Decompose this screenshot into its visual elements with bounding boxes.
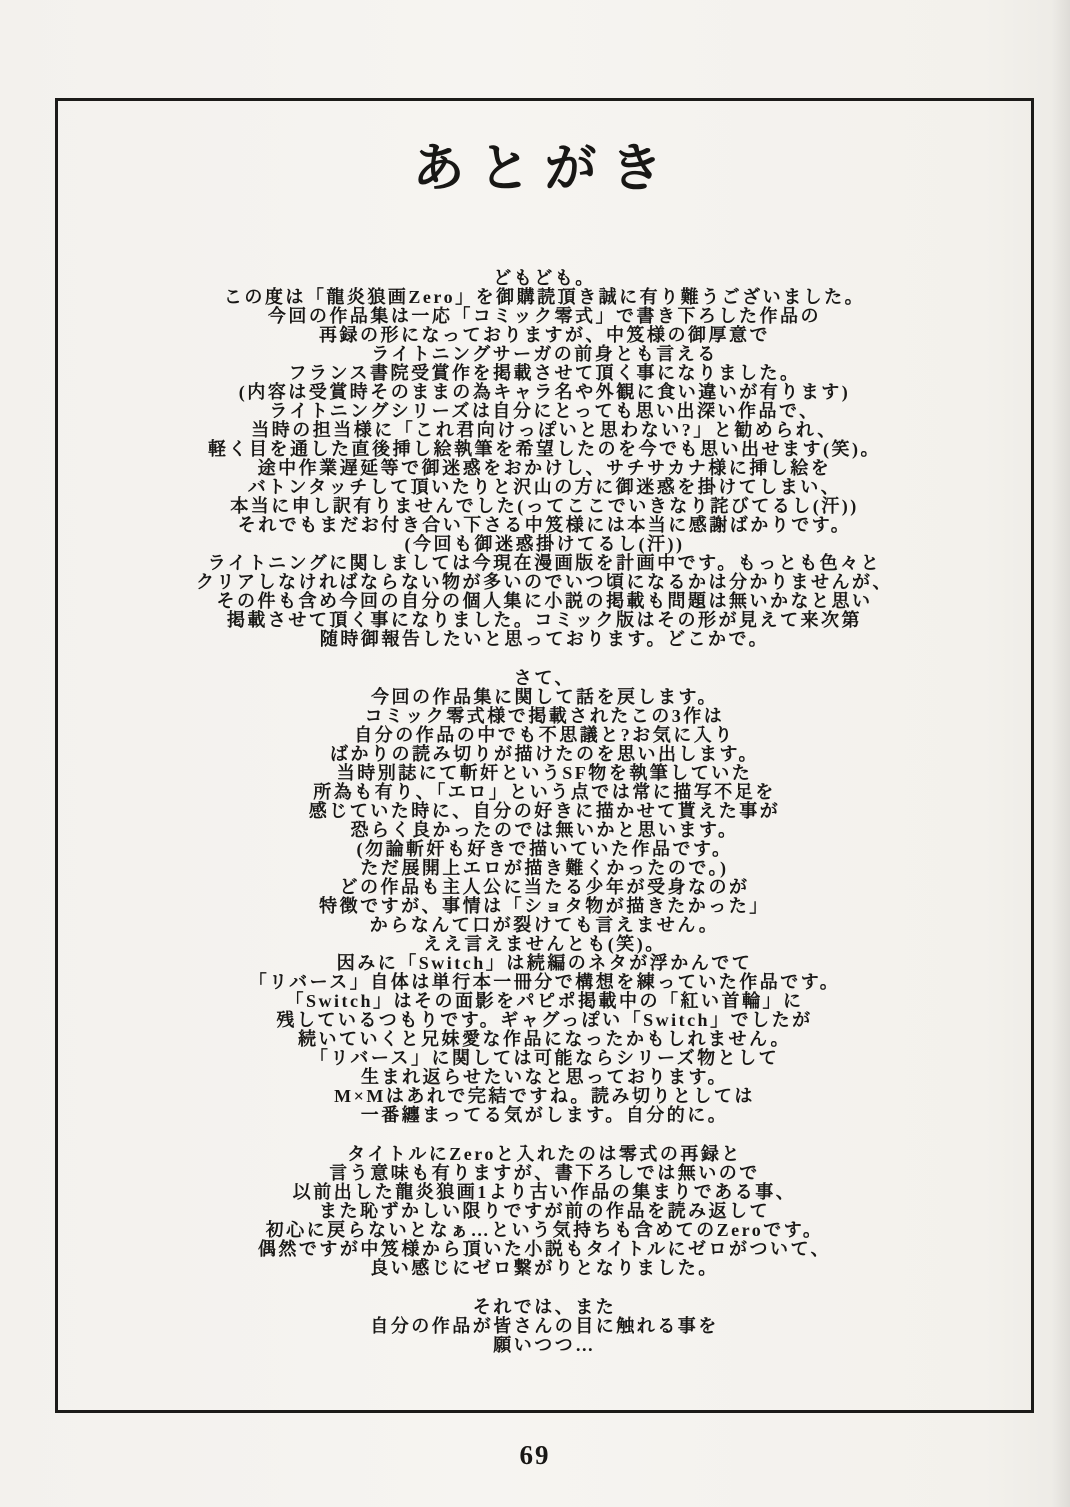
text-line: 因みに「Switch」は続編のネタが浮かんでて (58, 954, 1031, 973)
page-number: 69 (0, 1440, 1070, 1471)
text-line: 軽く目を通した直後挿し絵執筆を希望したのを今でも思い出せます(笑)。 (58, 440, 1031, 459)
scanned-page: あとがき どもども。この度は「龍炎狼画Zero」を御購読頂き誠に有り難うございま… (0, 0, 1070, 1507)
page-title: あとがき (58, 141, 1031, 199)
text-line: 掲載させて頂く事になりました。コミック版はその形が見えて来次第 (58, 611, 1031, 630)
text-line: (今回も御迷惑掛けてるし(汗)) (58, 535, 1031, 554)
text-line: コミック零式様で掲載されたこの3作は (58, 707, 1031, 726)
text-line: 自分の作品の中でも不思議と?お気に入り (58, 726, 1031, 745)
text-line: 「リバース」自体は単行本一冊分で構想を練っていた作品です。 (58, 973, 1031, 992)
text-line: 自分の作品が皆さんの目に触れる事を (58, 1317, 1031, 1336)
text-line: (内容は受賞時そのままの為キャラ名や外観に食い違いが有ります) (58, 383, 1031, 402)
text-line: それでは、また (58, 1298, 1031, 1317)
text-line: バトンタッチして頂いたりと沢山の方に御迷惑を掛けてしまい、 (58, 478, 1031, 497)
text-line: 一番纏まってる気がします。自分的に。 (58, 1106, 1031, 1125)
text-line: この度は「龍炎狼画Zero」を御購読頂き誠に有り難うございました。 (58, 288, 1031, 307)
afterword-text: どもども。この度は「龍炎狼画Zero」を御購読頂き誠に有り難うございました。今回… (58, 269, 1031, 1355)
text-line: それでもまだお付き合い下さる中笈様には本当に感謝ばかりです。 (58, 516, 1031, 535)
paragraph: さて、今回の作品集に関して話を戻します。コミック零式様で掲載されたこの3作は自分… (58, 669, 1031, 1125)
text-line: M×Mはあれで完結ですね。読み切りとしては (58, 1087, 1031, 1106)
page-frame: あとがき どもども。この度は「龍炎狼画Zero」を御購読頂き誠に有り難うございま… (55, 98, 1034, 1413)
paragraph: どもども。この度は「龍炎狼画Zero」を御購読頂き誠に有り難うございました。今回… (58, 269, 1031, 649)
text-line: 今回の作品集は一応「コミック零式」で書き下ろした作品の (58, 307, 1031, 326)
text-line: どの作品も主人公に当たる少年が受身なのが (58, 878, 1031, 897)
text-line: 途中作業遅延等で御迷惑をおかけし、サチサカナ様に挿し絵を (58, 459, 1031, 478)
text-line: 生まれ返らせたいなと思っております。 (58, 1068, 1031, 1087)
text-line: 言う意味も有りますが、書下ろしでは無いので (58, 1164, 1031, 1183)
text-line: 再録の形になっておりますが、中笈様の御厚意で (58, 326, 1031, 345)
text-line: 所為も有り、「エロ」という点では常に描写不足を (58, 783, 1031, 802)
text-line: 本当に申し訳有りませんでした(ってここでいきなり詫びてるし(汗)) (58, 497, 1031, 516)
text-line: 以前出した龍炎狼画1より古い作品の集まりである事、 (58, 1183, 1031, 1202)
text-line: タイトルにZeroと入れたのは零式の再録と (58, 1145, 1031, 1164)
text-line: 願いつつ… (58, 1336, 1031, 1355)
text-line: 続いていくと兄妹愛な作品になったかもしれません。 (58, 1030, 1031, 1049)
text-line: ライトニングシリーズは自分にとっても思い出深い作品で、 (58, 402, 1031, 421)
text-line: ライトニングサーガの前身とも言える (58, 345, 1031, 364)
text-line: からなんて口が裂けても言えません。 (58, 916, 1031, 935)
text-line: 今回の作品集に関して話を戻します。 (58, 688, 1031, 707)
text-line: どもども。 (58, 269, 1031, 288)
text-line: 当時別誌にて斬奸というSF物を執筆していた (58, 764, 1031, 783)
paragraph: タイトルにZeroと入れたのは零式の再録と言う意味も有りますが、書下ろしでは無い… (58, 1145, 1031, 1278)
text-line: 偶然ですが中笈様から頂いた小説もタイトルにゼロがついて、 (58, 1240, 1031, 1259)
text-line: 残しているつもりです。ギャグっぽい「Switch」でしたが (58, 1011, 1031, 1030)
text-line: ええ言えませんとも(笑)。 (58, 935, 1031, 954)
text-line: さて、 (58, 669, 1031, 688)
text-line: ライトニングに関しましては今現在漫画版を計画中です。もっとも色々と (58, 554, 1031, 573)
text-line: 初心に戻らないとなぁ…という気持ちも含めてのZeroです。 (58, 1221, 1031, 1240)
text-line: 良い感じにゼロ繋がりとなりました。 (58, 1259, 1031, 1278)
paragraph: それでは、また自分の作品が皆さんの目に触れる事を願いつつ… (58, 1298, 1031, 1355)
text-line: 随時御報告したいと思っております。どこかで。 (58, 630, 1031, 649)
text-line: 感じていた時に、自分の好きに描かせて貰えた事が (58, 802, 1031, 821)
text-line: その件も含め今回の自分の個人集に小説の掲載も問題は無いかなと思い (58, 592, 1031, 611)
text-line: 当時の担当様に「これ君向けっぽいと思わない?」と勧められ、 (58, 421, 1031, 440)
text-line: 特徴ですが、事情は「ショタ物が描きたかった」 (58, 897, 1031, 916)
text-line: クリアしなければならない物が多いのでいつ頃になるかは分かりませんが、 (58, 573, 1031, 592)
text-line: 「リバース」に関しては可能ならシリーズ物として (58, 1049, 1031, 1068)
text-line: 「Switch」はその面影をパピポ掲載中の「紅い首輪」に (58, 992, 1031, 1011)
text-line: フランス書院受賞作を掲載させて頂く事になりました。 (58, 364, 1031, 383)
text-line: ばかりの読み切りが描けたのを思い出します。 (58, 745, 1031, 764)
text-line: ただ展開上エロが描き難くかったので。) (58, 859, 1031, 878)
text-line: また恥ずかしい限りですが前の作品を読み返して (58, 1202, 1031, 1221)
text-line: (勿論斬奸も好きで描いていた作品です。 (58, 840, 1031, 859)
text-line: 恐らく良かったのでは無いかと思います。 (58, 821, 1031, 840)
